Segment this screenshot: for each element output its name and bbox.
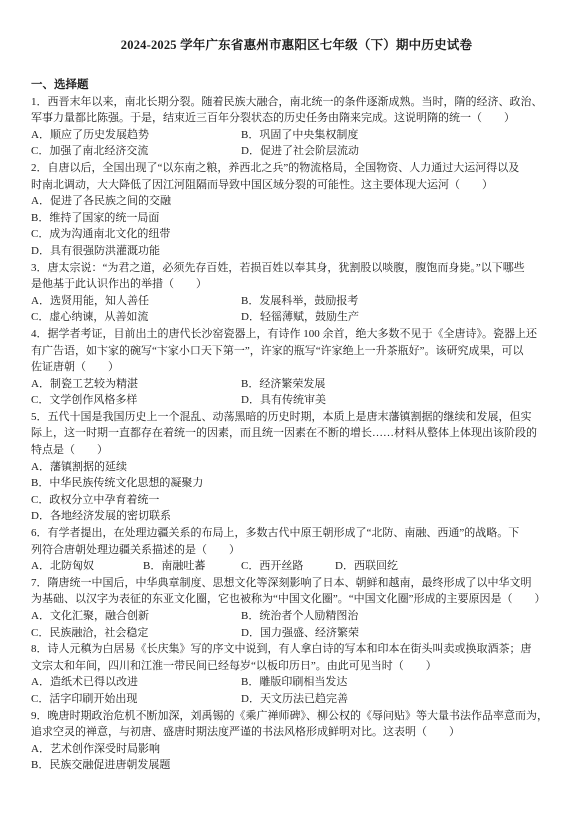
exam-text-line: 5．五代十国是我国历史上一个混乱、动荡黑暗的历史时期，本质上是唐末藩镇割据的继续… xyxy=(31,409,562,426)
exam-text-line: A．藩镇割据的延续 xyxy=(31,459,562,476)
option-a: C．文学创作风格多样 xyxy=(31,392,241,409)
exam-text-line: 9．晚唐时期政治危机不断加深，刘禹锡的《乘广禅师碑》、柳公权的《辱问贴》等大量书… xyxy=(31,708,562,725)
exam-text-line: 4．据学者考证，目前出土的唐代长沙窑瓷器上，有诗作 100 余首，绝大多数不见于… xyxy=(31,326,562,343)
exam-text-line: 军事力量都比陈强。于是，结束近三百年分裂状态的历史任务由隋来完成。这说明隋的统一… xyxy=(31,110,562,127)
exam-text-line: 为基础、以汉字为表征的东亚文化圈，它也被称为“中国文化圈”。“中国文化圈”形成的… xyxy=(31,591,562,608)
exam-text-line: C．政权分立中孕育着统一 xyxy=(31,492,562,509)
option-b: D．天文历法已趋完善 xyxy=(241,693,348,705)
options-row: A．顺应了历史发展趋势B．巩固了中央集权制度 xyxy=(31,127,562,144)
exam-text-line: 列符合唐朝处理边疆关系描述的是（ ） xyxy=(31,542,562,559)
options-row: C．加强了南北经济交流D．促进了社会阶层流动 xyxy=(31,143,562,160)
exam-text-line: 是他基于此认识作出的举措（ ） xyxy=(31,276,562,293)
option-a: C．加强了南北经济交流 xyxy=(31,143,241,160)
option-b: B．统治者个人励精图治 xyxy=(241,610,358,622)
exam-text-line: 8．诗人元稹为白居易《长庆集》写的序文中说到，有人拿白诗的写本和印本在街头叫卖或… xyxy=(31,641,562,658)
option-b: B．发展科举，鼓励报考 xyxy=(241,295,358,307)
option-b: B．巩固了中央集权制度 xyxy=(241,129,358,141)
option-a: C．虚心纳谏，从善如流 xyxy=(31,309,241,326)
options-row: C．虚心纳谏，从善如流D．轻徭薄赋，鼓励生产 xyxy=(31,309,562,326)
exam-text-line: 2．自唐以后，全国出现了“以东南之粮，养西北之兵”的物流格局，全国物资、人力通过… xyxy=(31,160,562,177)
option-b: B．南融吐蕃 xyxy=(143,558,241,575)
options-row: A．选贤用能，知人善任B．发展科举，鼓励报考 xyxy=(31,293,562,310)
exam-text-line: 有广告语，如卞家的碗写“卞家小口天下第一”，许家的瓶写“许家绝上一升茶瓶好”。该… xyxy=(31,343,562,360)
option-b: D．轻徭薄赋，鼓励生产 xyxy=(241,311,359,323)
options-row: A．制瓷工艺较为精湛B．经济繁荣发展 xyxy=(31,376,562,393)
option-c: C．西开丝路 xyxy=(241,558,335,575)
exam-text-line: 际上，这一时期一直都存在着统一的因素，而且统一因素在不断的增长……材料从整体上体… xyxy=(31,425,562,442)
exam-text-line: A．促进了各民族之间的交融 xyxy=(31,193,562,210)
exam-body: 1．西晋末年以来，南北长期分裂。随着民族大融合，南北统一的条件逐渐成熟。当时，隋… xyxy=(31,94,562,774)
exam-text-line: A．艺术创作深受时局影响 xyxy=(31,741,562,758)
option-b: D．国力强盛、经济繁荣 xyxy=(241,627,359,639)
section-heading: 一、选择题 xyxy=(31,77,562,94)
option-b: B．经济繁荣发展 xyxy=(241,378,325,390)
exam-text-line: 3．唐太宗说：“为君之道，必须先存百姓，若损百姓以奉其身，犹割股以啖腹，腹饱而身… xyxy=(31,260,562,277)
option-a: A．选贤用能，知人善任 xyxy=(31,293,241,310)
options-row: C．文学创作风格多样D．具有传统审美 xyxy=(31,392,562,409)
options-row: A．文化汇聚，融合创新B．统治者个人励精图治 xyxy=(31,608,562,625)
exam-text-line: B．民族交融促进唐朝发展题 xyxy=(31,757,562,774)
option-a: C．民族融洽，社会稳定 xyxy=(31,625,241,642)
option-a: A．北防匈奴 xyxy=(31,558,143,575)
exam-text-line: D．具有很强防洪灌溉功能 xyxy=(31,243,562,260)
option-a: C．活字印刷开始出现 xyxy=(31,691,241,708)
exam-text-line: B．中华民族传统文化思想的凝聚力 xyxy=(31,475,562,492)
option-a: A．顺应了历史发展趋势 xyxy=(31,127,241,144)
option-b: B．雕版印刷相当发达 xyxy=(241,676,347,688)
exam-text-line: 特点是（ ） xyxy=(31,442,562,459)
exam-text-line: 佐证唐朝（ ） xyxy=(31,359,562,376)
exam-text-line: 6．有学者提出，在处理边疆关系的布局上，多数古代中原王朝形成了“北防、南融、西通… xyxy=(31,525,562,542)
exam-text-line: 7．隋唐统一中国后，中华典章制度、思想文化等深刻影响了日本、朝鲜和越南，最终形成… xyxy=(31,575,562,592)
options-row: A．造纸术已得以改进B．雕版印刷相当发达 xyxy=(31,674,562,691)
exam-title: 2024-2025 学年广东省惠州市惠阳区七年级（下）期中历史试卷 xyxy=(31,37,562,53)
exam-text-line: 追求空灵的禅意，与初唐、盛唐时期法度严谨的书法风格形成鲜明对比。这表明（ ） xyxy=(31,724,562,741)
option-a: A．文化汇聚，融合创新 xyxy=(31,608,241,625)
option-a: A．制瓷工艺较为精湛 xyxy=(31,376,241,393)
options-row: A．北防匈奴B．南融吐蕃C．西开丝路D．西联回纥 xyxy=(31,558,562,575)
options-row: C．民族融洽，社会稳定D．国力强盛、经济繁荣 xyxy=(31,625,562,642)
exam-text-line: 文宗太和年间，四川和江淮一带民间已经每岁“以板印历日”。由此可见当时（ ） xyxy=(31,658,562,675)
exam-text-line: 1．西晋末年以来，南北长期分裂。随着民族大融合，南北统一的条件逐渐成熟。当时，隋… xyxy=(31,94,562,111)
option-b: D．促进了社会阶层流动 xyxy=(241,145,359,157)
option-d: D．西联回纥 xyxy=(335,560,398,572)
exam-paper-page: 2024-2025 学年广东省惠州市惠阳区七年级（下）期中历史试卷 一、选择题 … xyxy=(0,0,588,818)
exam-text-line: B．维持了国家的统一局面 xyxy=(31,210,562,227)
exam-text-line: C．成为沟通南北文化的纽带 xyxy=(31,226,562,243)
option-a: A．造纸术已得以改进 xyxy=(31,674,241,691)
option-b: D．具有传统审美 xyxy=(241,394,326,406)
exam-text-line: 时南北调动，大大降低了因江河阻隔而导致中国区域分裂的可能性。这主要体现大运河（ … xyxy=(31,177,562,194)
options-row: C．活字印刷开始出现D．天文历法已趋完善 xyxy=(31,691,562,708)
exam-text-line: D．各地经济发展的密切联系 xyxy=(31,508,562,525)
